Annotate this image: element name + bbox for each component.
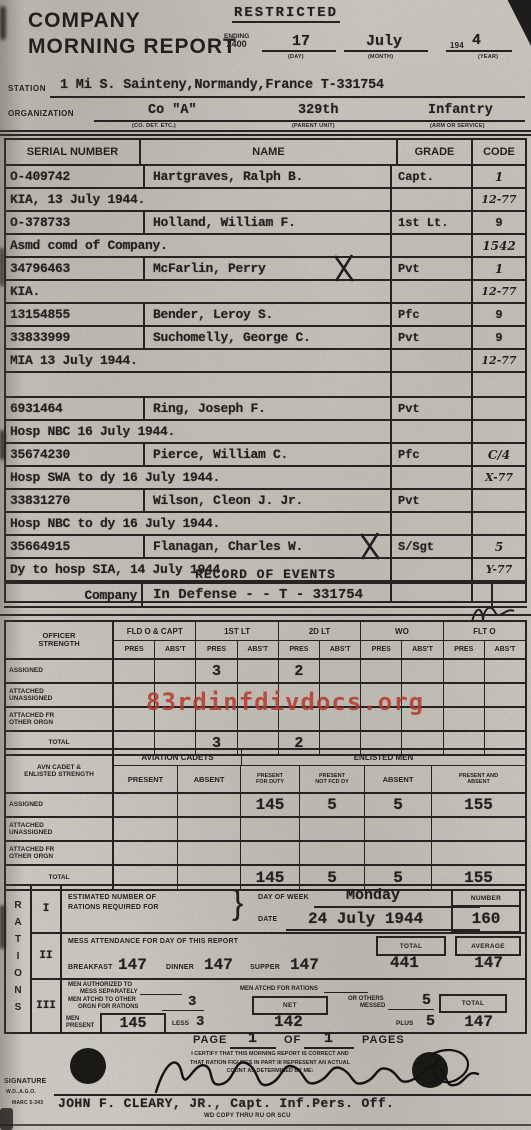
enlisted-cell	[178, 818, 241, 840]
col-em-present-for-duty: PRESENT FOR DUTY	[253, 773, 287, 786]
code-cell: C/4	[473, 444, 525, 465]
enlisted-cell: 145	[241, 794, 300, 816]
grand-total-label: TOTAL	[441, 996, 505, 1011]
officer-cell	[114, 660, 155, 682]
code-cell	[473, 513, 525, 534]
or-others-label-1: OR OTHERS	[348, 996, 384, 1002]
enlisted-cell	[241, 818, 300, 840]
officer-cell	[155, 660, 196, 682]
table-row: 6931464 Ring, Joseph F. Pvt	[6, 398, 525, 421]
col-abst: ABS'T	[238, 641, 279, 658]
table-row-event: Asmd comd of Company. 1542	[6, 235, 525, 258]
code-cell: X-77	[473, 467, 525, 488]
event-cell: MIA 13 July 1944.	[6, 350, 392, 371]
scan-artifact-edge	[0, 0, 24, 1130]
mess-total-label: TOTAL	[378, 938, 444, 954]
code-cell: 5	[473, 536, 525, 557]
punch-hole-left	[70, 1048, 106, 1084]
enlisted-cell	[114, 842, 178, 864]
serial-cell: 6931464	[6, 398, 145, 419]
col-em-present-and-absent: PRESENT AND ABSENT	[459, 773, 499, 786]
name-cell: Wilson, Cleon J. Jr.	[145, 490, 392, 511]
col-group-flt-o: FLT O	[444, 622, 525, 640]
code-cell	[473, 490, 525, 511]
ending-time: 2400	[224, 40, 249, 50]
table-row: O-378733 Holland, William F. 1st Lt. 9	[6, 212, 525, 235]
org-arm-sublabel: (ARM OR SERVICE)	[430, 123, 485, 129]
table-row: 35664915 Flanagan, Charles W. S/Sgt 5	[6, 536, 525, 559]
group-aviation-cadets: AVIATION CADETS	[114, 750, 242, 765]
name-cell: Flanagan, Charles W.	[145, 536, 392, 557]
atchd-other-value: 3	[188, 994, 196, 1010]
code-cell: 9	[473, 212, 525, 233]
code-cell: 9	[473, 304, 525, 325]
scan-artifact-smudge	[0, 905, 5, 949]
rations-section: RATIONS I ESTIMATED NUMBER OF RATIONS RE…	[4, 884, 527, 1034]
number-label: NUMBER	[453, 891, 519, 907]
serial-cell: O-378733	[6, 212, 145, 233]
col-serial-number: SERIAL NUMBER	[6, 140, 141, 164]
table-row: 35674230 Pierce, William C. Pfc C/4	[6, 444, 525, 467]
col-pres: PRES	[196, 641, 237, 658]
officer-cell	[485, 708, 525, 730]
col-group-wo: WO	[361, 622, 443, 640]
officer-cell	[444, 708, 485, 730]
brace: }	[232, 884, 243, 923]
rations-part-two: MESS ATTENDANCE FOR DAY OF THIS REPORT B…	[62, 934, 525, 980]
part-two-numeral: II	[32, 934, 62, 980]
grade-cell: Pvt	[392, 258, 473, 279]
col-group-1st-lt: 1ST LT	[196, 622, 278, 640]
men-present-label-1: MEN	[66, 1016, 79, 1022]
code-cell: 9	[473, 327, 525, 348]
or-others-value: 5	[422, 992, 431, 1009]
ending-label: ENDING 2400	[224, 33, 249, 50]
date-label: DATE	[258, 916, 277, 923]
estimated-label-1: ESTIMATED NUMBER OF	[68, 894, 156, 901]
code-cell	[473, 421, 525, 442]
grade-cell: S/Sgt	[392, 536, 473, 557]
col-group-fldo-capt: FLD O & CAPT	[114, 622, 196, 640]
grade-cell: Pvt	[392, 490, 473, 511]
enlisted-cell	[114, 794, 178, 816]
grade-cell: Pfc	[392, 304, 473, 325]
serial-cell: 33831270	[6, 490, 145, 511]
morning-report-document: RESTRICTED COMPANY MORNING REPORT ENDING…	[0, 0, 531, 1130]
enlisted-cell	[300, 842, 365, 864]
col-abst: ABS'T	[402, 641, 443, 658]
enlisted-cell	[300, 818, 365, 840]
grade-cell: Pfc	[392, 444, 473, 465]
atchd-other-label-2: ORGN FOR RATIONS	[78, 1004, 139, 1010]
day-of-week-value: Monday	[346, 887, 400, 904]
org-unit-sublabel: (CO. DET. ETC.)	[132, 123, 176, 129]
enlisted-cell	[432, 818, 525, 840]
blank-cell	[392, 373, 473, 396]
day-label: (DAY)	[288, 54, 304, 60]
officer-cell	[444, 660, 485, 682]
report-day: 17	[292, 33, 310, 50]
mess-total-value: 441	[390, 954, 419, 972]
signature	[148, 1040, 488, 1106]
less-value: 3	[196, 1014, 204, 1030]
grade-cell: Pvt	[392, 398, 473, 419]
enlisted-strength-label: AVN CADET & ENLISTED STRENGTH	[24, 764, 94, 778]
supper-value: 147	[290, 956, 319, 974]
title-line-1: COMPANY	[28, 8, 237, 34]
record-of-events-title: RECORD OF EVENTS	[0, 565, 531, 583]
breakfast-value: 147	[118, 956, 147, 974]
enlisted-row-attached-unassigned: ATTACHED UNASSIGNED	[6, 818, 525, 842]
name-cell: Holland, William F.	[145, 212, 392, 233]
average-label: AVERAGE	[457, 938, 519, 954]
net-value: 142	[274, 1013, 303, 1031]
atchd-other-label-1: MEN ATCHD TO OTHER	[68, 997, 136, 1003]
scan-artifact-smudge	[0, 430, 5, 460]
officer-cell	[444, 684, 485, 706]
table-row-blank	[6, 373, 525, 398]
enlisted-cell	[241, 842, 300, 864]
enlisted-cell: 5	[365, 794, 432, 816]
code-cell: 1	[473, 258, 525, 279]
month-label: (MONTH)	[368, 54, 393, 60]
name-cell: Hartgraves, Ralph B.	[145, 166, 392, 187]
org-unit-value: Co "A"	[148, 103, 197, 118]
officer-cell: 3	[196, 660, 237, 682]
grade-cell: Pvt	[392, 327, 473, 348]
col-pres: PRES	[279, 641, 320, 658]
men-authorized-label-2: MESS SEPARATELY	[80, 989, 138, 995]
code-cell: 1	[473, 166, 525, 187]
scan-artifact-smudge	[0, 248, 4, 286]
men-atchd-for-rations-label: MEN ATCHD FOR RATIONS	[240, 986, 318, 992]
code-cell: 12-77	[473, 189, 525, 210]
officer-cell	[485, 684, 525, 706]
grand-total-box: TOTAL	[439, 994, 507, 1013]
plus-label: PLUS	[396, 1020, 413, 1027]
grade-cell	[392, 235, 473, 256]
table-row-event: KIA, 13 July 1944. 12-77	[6, 189, 525, 212]
officer-cell: 2	[279, 660, 320, 682]
serial-cell: O-409742	[6, 166, 145, 187]
table-row-event: MIA 13 July 1944. 12-77	[6, 350, 525, 373]
copy-routing-note: WD COPY THRU RU OR SCU	[204, 1113, 291, 1119]
name-cell: McFarlin, Perry	[145, 258, 392, 279]
number-box: NUMBER 160	[451, 889, 521, 933]
part-three-numeral: III	[32, 980, 62, 1032]
serial-cell: 34796463	[6, 258, 145, 279]
officer-cell	[361, 660, 402, 682]
grade-cell	[392, 189, 473, 210]
report-month: July	[366, 33, 402, 50]
name-cell: Pierce, William C.	[145, 444, 392, 465]
year-printed: 194	[450, 41, 464, 50]
enlisted-cell: 155	[432, 794, 525, 816]
officer-cell	[485, 660, 525, 682]
col-grade: GRADE	[398, 140, 473, 164]
net-label: NET	[254, 998, 326, 1013]
restricted-stamp: RESTRICTED	[232, 5, 340, 23]
org-arm-value: Infantry	[428, 103, 493, 118]
grade-cell	[392, 513, 473, 534]
day-of-week-label: DAY OF WEEK	[258, 894, 309, 901]
less-label: LESS	[172, 1020, 189, 1027]
page-title: COMPANY MORNING REPORT	[28, 8, 237, 60]
breakfast-label: BREAKFAST	[68, 964, 113, 971]
grade-cell	[392, 350, 473, 371]
average-box: AVERAGE	[455, 936, 521, 956]
grade-cell: Capt.	[392, 166, 473, 187]
events-left-cell: Company	[4, 584, 143, 606]
enlisted-cell	[365, 842, 432, 864]
enlisted-strength-table: AVN CADET & ENLISTED STRENGTH AVIATION C…	[4, 748, 527, 891]
rations-part-three: MEN AUTHORIZED TO MESS SEPARATELY MEN AT…	[62, 980, 525, 1032]
grade-cell	[392, 467, 473, 488]
officer-strength-label: OFFICER STRENGTH	[28, 632, 90, 649]
table-row: 33831270 Wilson, Cleon J. Jr. Pvt	[6, 490, 525, 513]
serial-cell: 35664915	[6, 536, 145, 557]
table-row: O-409742 Hartgraves, Ralph B. Capt. 1	[6, 166, 525, 189]
grade-cell	[392, 421, 473, 442]
report-year: 4	[472, 32, 481, 49]
serial-cell: 33833999	[6, 327, 145, 348]
name-cell: Bender, Leroy S.	[145, 304, 392, 325]
enlisted-row-assigned: ASSIGNED 145 5 5 155	[6, 794, 525, 818]
enlisted-cell	[432, 842, 525, 864]
group-enlisted-men: ENLISTED MEN	[242, 750, 525, 765]
event-cell: Hosp SWA to dy 16 July 1944.	[6, 467, 392, 488]
date-value: 24 July 1944	[308, 910, 423, 928]
personnel-table: SERIAL NUMBER NAME GRADE CODE O-409742 H…	[4, 138, 527, 603]
event-cell: Hosp NBC 16 July 1944.	[6, 421, 392, 442]
col-abst: ABS'T	[320, 641, 361, 658]
serial-cell: 35674230	[6, 444, 145, 465]
dinner-label: DINNER	[166, 964, 194, 971]
part-one-numeral: I	[32, 886, 62, 934]
col-pres: PRES	[361, 641, 402, 658]
org-parent-value: 329th	[298, 103, 339, 118]
or-others-label-2: MESSED	[360, 1003, 385, 1009]
enlisted-cell	[365, 818, 432, 840]
men-present-value: 145	[119, 1015, 146, 1032]
table-row: 13154855 Bender, Leroy S. Pfc 9	[6, 304, 525, 327]
watermark: 83rdinfdivdocs.org	[146, 688, 424, 716]
name-cell: Ring, Joseph F.	[145, 398, 392, 419]
col-code: CODE	[473, 140, 525, 164]
title-line-2: MORNING REPORT	[28, 34, 237, 60]
serial-cell: 13154855	[6, 304, 145, 325]
event-cell: KIA, 13 July 1944.	[6, 189, 392, 210]
dinner-value: 147	[204, 956, 233, 974]
blank-cell	[6, 373, 392, 396]
table-row: 34796463 McFarlin, Perry Pvt 1	[6, 258, 525, 281]
average-value: 147	[474, 954, 503, 972]
number-value: 160	[472, 907, 501, 931]
supper-label: SUPPER	[250, 964, 280, 971]
enlisted-cell	[178, 842, 241, 864]
mess-total-box: TOTAL	[376, 936, 446, 956]
officer-cell	[402, 660, 443, 682]
org-parent-sublabel: (PARENT UNIT)	[292, 123, 335, 129]
col-pres: PRES	[114, 641, 155, 658]
events-text-cell: In Defense - - T - 331754	[143, 584, 493, 606]
enlisted-cell	[178, 794, 241, 816]
col-pres: PRES	[444, 641, 485, 658]
table-row-event: Hosp SWA to dy 16 July 1944. X-77	[6, 467, 525, 490]
scan-artifact-corner	[505, 0, 531, 46]
personnel-table-header: SERIAL NUMBER NAME GRADE CODE	[6, 140, 525, 166]
table-row-event: Hosp NBC 16 July 1944.	[6, 421, 525, 444]
officer-row-assigned: ASSIGNED 3 2	[6, 660, 525, 684]
name-cell: Suchomelly, George C.	[145, 327, 392, 348]
col-em-present-not-fcd-dy: PRESENT NOT FCD DY	[313, 773, 351, 786]
plus-value: 5	[426, 1013, 435, 1030]
men-present-box: 145	[100, 1013, 166, 1034]
col-name: NAME	[141, 140, 398, 164]
event-cell: Hosp NBC to dy 16 July 1944.	[6, 513, 392, 534]
grade-cell	[392, 281, 473, 302]
blank-cell	[473, 373, 525, 396]
col-em-absent: ABSENT	[365, 766, 432, 792]
col-ac-present: PRESENT	[114, 766, 178, 792]
station-value: 1 Mi S. Sainteny,Normandy,France T-33175…	[60, 78, 384, 93]
men-authorized-label-1: MEN AUTHORIZED TO	[68, 982, 132, 988]
col-abst: ABS'T	[155, 641, 196, 658]
rations-part-one: ESTIMATED NUMBER OF RATIONS REQUIRED FOR…	[62, 886, 525, 934]
enlisted-row-attached-fr: ATTACHED FR OTHER ORGN	[6, 842, 525, 866]
event-cell: KIA.	[6, 281, 392, 302]
code-cell: 1542	[473, 235, 525, 256]
enlisted-cell	[114, 818, 178, 840]
grade-cell: 1st Lt.	[392, 212, 473, 233]
men-present-label-2: PRESENT	[66, 1023, 94, 1029]
code-cell: 12-77	[473, 350, 525, 371]
enlisted-cell: 5	[300, 794, 365, 816]
col-abst: ABS'T	[485, 641, 525, 658]
year-label: (YEAR)	[478, 54, 498, 60]
record-of-events-row: Company In Defense - - T - 331754	[4, 582, 527, 608]
grand-total-value: 147	[464, 1013, 493, 1031]
table-row: 33833999 Suchomelly, George C. Pvt 9	[6, 327, 525, 350]
col-ac-absent: ABSENT	[178, 766, 241, 792]
table-row-event: KIA. 12-77	[6, 281, 525, 304]
officer-cell	[238, 660, 279, 682]
scan-artifact-smudge	[0, 6, 6, 40]
code-cell	[473, 398, 525, 419]
scan-artifact-smudge	[0, 1108, 13, 1130]
col-group-2d-lt: 2D LT	[279, 622, 361, 640]
estimated-label-2: RATIONS REQUIRED FOR	[68, 904, 159, 911]
mess-attendance-label: MESS ATTENDANCE FOR DAY OF THIS REPORT	[68, 938, 238, 945]
code-cell: 12-77	[473, 281, 525, 302]
table-row-event: Hosp NBC to dy 16 July 1944.	[6, 513, 525, 536]
officer-cell	[320, 660, 361, 682]
